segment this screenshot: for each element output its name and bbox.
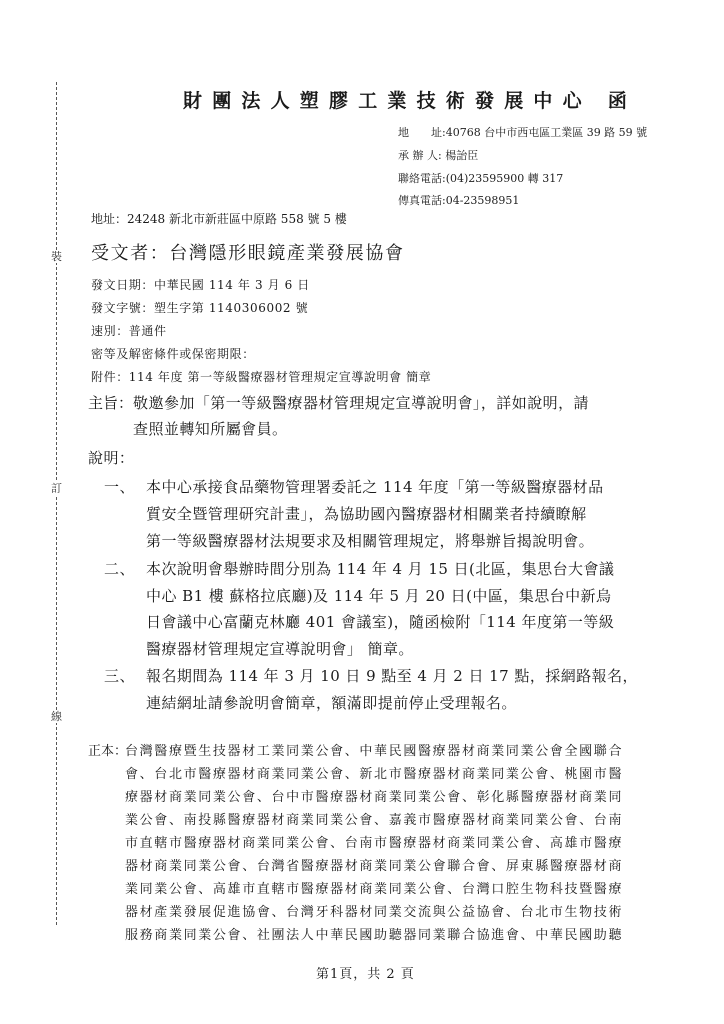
explanation-item-number: 一、 bbox=[104, 476, 135, 497]
explanation-line: 連結網址請參說明會簡章，額滿即提前停止受理報名。 bbox=[146, 692, 517, 713]
document-number: 發文字號：塑生字第 1140306002 號 bbox=[91, 299, 308, 316]
page-indicator: 第1頁，共 2 頁 bbox=[316, 963, 415, 982]
copies-line: 台灣醫療暨生技器材工業同業公會、中華民國醫療器材商業同業公會全國聯合 bbox=[125, 740, 623, 759]
copies-line: 器材商業同業公會、台灣省醫療器材商業同業公會聯合會、屏東縣醫療器材商 bbox=[125, 855, 623, 874]
recipient: 受文者：台灣隱形眼鏡產業發展協會 bbox=[91, 239, 405, 265]
copies-line: 會、台北市醫療器材商業同業公會、新北市醫療器材商業同業公會、桃園市醫 bbox=[125, 763, 623, 782]
explanation-line: 醫療器材管理規定宣導說明會」 簡章。 bbox=[146, 638, 414, 659]
binding-mark-ding: 訂 bbox=[50, 482, 63, 495]
organization-name: 財團法人塑膠工業技術發展中心 bbox=[183, 90, 592, 112]
security-level: 密等及解密條件或保密期限： bbox=[91, 345, 255, 362]
explanation-line: 報名期間為 114 年 3 月 10 日 9 點至 4 月 2 日 17 點，採… bbox=[146, 665, 638, 686]
copies-line: 業公會、南投縣醫療器材商業同業公會、嘉義市醫療器材商業同業公會、台南 bbox=[125, 809, 623, 828]
explanation-line: 第一等級醫療器材法規要求及相關管理規定，將舉辦旨揭說明會。 bbox=[146, 530, 594, 551]
copies-line: 業同業公會、高雄市直轄市醫療器材商業同業公會、台灣口腔生物科技暨醫療 bbox=[125, 878, 623, 897]
explanation-line: 日會議中心富蘭克林廳 401 會議室)，隨函檢附「114 年度第一等級 bbox=[146, 611, 614, 632]
copies-line: 市直轄市醫療器材商業同業公會、台南市醫療器材商業同業公會、高雄市醫療 bbox=[125, 832, 623, 851]
letterhead-title: 財團法人塑膠工業技術發展中心函 bbox=[183, 86, 627, 113]
document-type: 函 bbox=[608, 90, 627, 112]
copies-line: 療器材商業同業公會、台中市醫療器材商業同業公會、彰化縣醫療器材商業同 bbox=[125, 786, 623, 805]
delivery-speed: 速別：普通件 bbox=[91, 322, 167, 339]
sender-address: 地 址:40768 台中市西屯區工業區 39 路 59 號 bbox=[398, 124, 647, 140]
copies-line: 器材產業發展促進協會、台灣牙科器材同業交流與公益協會、台北市生物技術 bbox=[125, 901, 623, 920]
explanation-line: 質安全暨管理研究計畫」，為協助國內醫療器材相關業者持續瞭解 bbox=[146, 503, 587, 524]
subject-line: 敬邀參加「第一等級醫療器材管理規定宣導說明會」，詳如說明，請 bbox=[133, 392, 589, 413]
recipient-address: 地址：24248 新北市新莊區中原路 558 號 5 樓 bbox=[91, 210, 347, 227]
binding-mark-zhuang: 裝 bbox=[50, 250, 63, 263]
sender-fax: 傳真電話:04-23598951 bbox=[398, 192, 519, 208]
copies-label: 正本： bbox=[88, 740, 127, 759]
sender-contact-person: 承 辦 人: 楊詒臣 bbox=[398, 147, 478, 163]
subject-label: 主旨： bbox=[88, 392, 133, 413]
explanation-item-number: 三、 bbox=[104, 665, 135, 686]
explanation-line: 中心 B1 樓 蘇格拉底廳)及 114 年 5 月 20 日(中區，集思台中新烏 bbox=[146, 585, 611, 606]
binding-mark-xian: 線 bbox=[50, 710, 63, 723]
sender-phone: 聯絡電話:(04)23595900 轉 317 bbox=[398, 170, 563, 186]
explanation-line: 本次說明會舉辦時間分別為 114 年 4 月 15 日(北區，集思台大會議 bbox=[146, 558, 614, 579]
explanation-label: 說明： bbox=[88, 447, 134, 468]
attachment: 附件：114 年度 第一等級醫療器材管理規定宣導說明會 簡章 bbox=[91, 368, 431, 385]
explanation-item-number: 二、 bbox=[104, 558, 135, 579]
issue-date: 發文日期：中華民國 114 年 3 月 6 日 bbox=[91, 276, 310, 293]
binding-dashed-line bbox=[56, 82, 57, 925]
explanation-line: 本中心承接食品藥物管理署委託之 114 年度「第一等級醫療器材品 bbox=[146, 476, 604, 497]
subject-line: 查照並轉知所屬會員。 bbox=[133, 418, 288, 439]
copies-line: 服務商業同業公會、社團法人中華民國助聽器同業聯合協進會、中華民國助聽 bbox=[125, 924, 623, 943]
